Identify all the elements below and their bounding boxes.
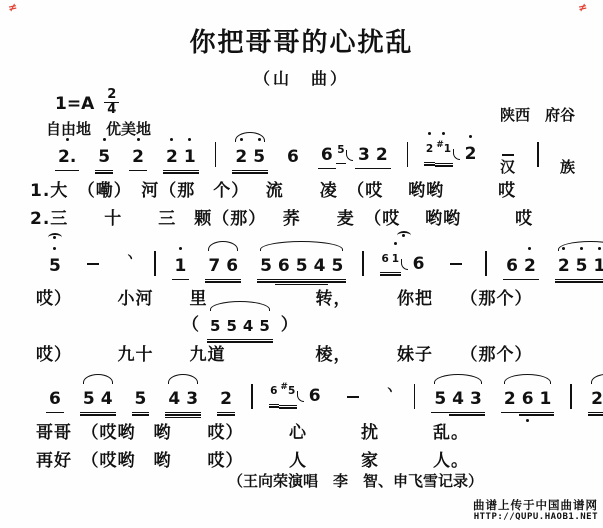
- dash-note: [87, 263, 99, 265]
- duration-underline: [390, 272, 400, 273]
- duration-underline: [390, 274, 400, 275]
- lyrics-line3-verse2: 再好 （哎哟 哟 哎） 人 家 人。: [36, 446, 469, 471]
- lyrics-line1-verse2: 2.三 十 三 颗（那） 荞 麦 （哎 哟哟 哎: [30, 204, 533, 229]
- key-signature: 1=A24: [55, 90, 119, 118]
- measure: 2566532: [222, 143, 400, 169]
- duration-underline: [435, 165, 453, 166]
- duration-underline: [98, 412, 116, 413]
- duration-underline: [183, 414, 201, 415]
- note-group: 2.: [55, 145, 79, 169]
- jianpu-note: 2: [588, 387, 603, 411]
- duration-underline: [373, 168, 391, 169]
- octave-dot-high: [240, 138, 243, 141]
- jianpu-note: 5: [223, 314, 239, 338]
- octave-dot-high: [258, 138, 261, 141]
- note-group: 5: [132, 387, 150, 411]
- music-line-3: 65454326#56ヽ543261242.: [36, 384, 603, 412]
- measure: 5ヽ: [36, 253, 148, 278]
- jianpu-note: 6: [519, 387, 537, 411]
- duration-underline: [217, 412, 235, 413]
- barline: [414, 384, 416, 409]
- measure: 17656545: [162, 254, 357, 278]
- octave-dot-high: [170, 138, 173, 141]
- duration-underline: [537, 412, 555, 413]
- duration-underline: [467, 412, 485, 413]
- duration-underline: [163, 170, 181, 171]
- breath-mark: ヽ: [384, 378, 396, 402]
- octave-dot-high: [428, 132, 431, 135]
- watermark-site-url: HTTP://QUPU.HAOB1.NET: [474, 512, 598, 522]
- jianpu-note: 5: [95, 145, 113, 169]
- measure: 2#12: [414, 142, 531, 169]
- jianpu-note: 4: [240, 314, 256, 338]
- duration-underline: [95, 170, 113, 171]
- grace-hook-icon: [346, 150, 353, 161]
- measure: 622516: [493, 254, 603, 278]
- duration-underline: [591, 279, 603, 280]
- duration-underline: [424, 162, 434, 163]
- octave-dot-high: [103, 138, 106, 141]
- fermata-icon: [48, 233, 62, 242]
- tempo-marking: 自由地 优美地: [46, 118, 151, 139]
- note-group: 62: [503, 254, 539, 278]
- duration-underline: [467, 414, 485, 415]
- duration-underline: [588, 414, 603, 415]
- duration-underline: [183, 412, 201, 413]
- octave-dot-high: [528, 247, 531, 250]
- jianpu-note: 5: [250, 145, 268, 169]
- jianpu-note: 1: [537, 387, 555, 411]
- note-group: 6: [284, 145, 302, 169]
- duration-underline: [449, 412, 467, 413]
- dash-note: [502, 154, 514, 156]
- grace-note: #5: [279, 379, 297, 404]
- duration-underline: [424, 164, 434, 165]
- barline: [362, 251, 364, 276]
- duration-underline: [503, 279, 521, 280]
- octave-dot-high: [469, 135, 472, 138]
- jianpu-note: 1: [172, 254, 190, 278]
- jianpu-note: 2: [129, 145, 147, 169]
- note-group: [340, 387, 366, 411]
- slur-group: 2516: [555, 254, 603, 278]
- jianpu-note: 6: [275, 254, 293, 278]
- watermark-site-name: 曲谱上传于中国曲谱网: [473, 497, 598, 513]
- jianpu-note: 1: [181, 145, 199, 169]
- duration-underline: [172, 279, 190, 280]
- jianpu-note: 6: [503, 254, 521, 278]
- barline: [485, 251, 487, 276]
- measure: 616: [370, 252, 479, 278]
- octave-dot-high: [598, 247, 601, 250]
- jianpu-note: 5: [293, 254, 311, 278]
- jianpu-note: 5: [80, 387, 98, 411]
- jianpu-note: 2: [555, 254, 573, 278]
- duration-underline: [232, 170, 250, 171]
- jianpu-note: 2: [163, 145, 181, 169]
- duration-underline: [132, 412, 150, 413]
- octave-dot-high: [188, 138, 191, 141]
- note-group: 2: [129, 145, 147, 169]
- duration-underline: [163, 172, 181, 173]
- music-insert-variant: （5545）: [182, 314, 298, 338]
- duration-underline: [217, 414, 235, 415]
- duration-underline: [328, 281, 346, 282]
- duration-underline: [519, 412, 537, 413]
- note-group: 6532: [318, 143, 391, 169]
- duration-underline: [573, 279, 591, 280]
- jianpu-note: 2: [217, 387, 235, 411]
- time-signature: 24: [104, 88, 119, 116]
- jianpu-note: 7: [205, 254, 223, 278]
- close-paren: ）: [281, 315, 298, 335]
- duration-underline: [269, 404, 279, 405]
- duration-underline: [293, 279, 311, 280]
- jianpu-note: 5: [573, 254, 591, 278]
- duration-underline: [555, 279, 573, 280]
- barline: [570, 384, 572, 409]
- slur-group: 543: [431, 387, 485, 411]
- barline: [407, 142, 409, 167]
- octave-dot-high: [53, 247, 56, 250]
- grace-note: 6: [380, 247, 390, 271]
- jianpu-note: 2: [373, 143, 391, 167]
- duration-underline: [275, 281, 293, 282]
- duration-underline: [250, 172, 268, 173]
- sharp-accidental: #: [436, 140, 444, 150]
- duration-underline: [311, 281, 329, 282]
- lyrics-line2-verse1: 哎） 小河 里 转， 你把 （那个）: [36, 284, 533, 309]
- duration-underline: [279, 407, 297, 408]
- jianpu-note: 4: [449, 387, 467, 411]
- jianpu-note: 6: [46, 387, 64, 411]
- duration-underline: [279, 405, 297, 406]
- sheet-music-page: ≠ ≠ 你把哥哥的心扰乱 （山 曲） 1=A24 陕西 府谷 汉 族 自由地 优…: [0, 0, 603, 528]
- jianpu-note: 2: [462, 142, 480, 166]
- duration-underline: [132, 414, 150, 415]
- duration-underline: [591, 281, 603, 282]
- jianpu-note: 4: [311, 254, 329, 278]
- barline: [154, 251, 156, 276]
- open-paren: （: [182, 315, 199, 335]
- lyrics-line1-verse1: 1.大 （嘞） 河（那 个） 流 凌 （哎 哟哟 哎: [30, 176, 516, 201]
- slur-group: 5545: [207, 314, 273, 338]
- slur-group: 24: [588, 387, 603, 411]
- dash-note: [347, 396, 359, 398]
- duration-underline: [555, 281, 573, 282]
- duration-underline: [380, 272, 390, 273]
- grace-hook-icon: [401, 259, 408, 270]
- jianpu-note: 6: [223, 254, 241, 278]
- measure: 6545432: [36, 387, 245, 411]
- octave-dot-high: [137, 138, 140, 141]
- note-group: [80, 254, 106, 278]
- fermata-icon: [397, 231, 411, 240]
- jianpu-note: 2: [232, 145, 250, 169]
- duration-underline: [355, 168, 373, 169]
- duration-underline: [311, 279, 329, 280]
- note-group: 5: [95, 145, 113, 169]
- duration-underline: [328, 279, 346, 280]
- slur-group: 54: [80, 387, 116, 411]
- note-group: 21: [163, 145, 199, 169]
- jianpu-note: 6: [410, 252, 428, 276]
- duration-underline: [588, 412, 603, 413]
- sharp-accidental: #: [280, 382, 288, 392]
- jianpu-note: 5: [256, 314, 272, 338]
- note-group: ヽ: [382, 386, 398, 411]
- octave-dot-high: [394, 242, 397, 245]
- jianpu-note: 1: [591, 254, 603, 278]
- slur-group: 43: [165, 387, 201, 411]
- jianpu-note: 4: [98, 387, 116, 411]
- note-group: ヽ: [122, 253, 138, 278]
- duration-underline: [519, 414, 537, 415]
- lyrics-line2-verse2: 哎） 九十 九道 棱， 妹子 （那个）: [36, 340, 533, 365]
- jianpu-note: 6: [318, 143, 336, 167]
- jianpu-note: 2: [521, 254, 539, 278]
- measure: 242.: [578, 387, 603, 411]
- duration-underline: [380, 274, 390, 275]
- duration-underline: [501, 412, 519, 413]
- octave-dot-high: [442, 132, 445, 135]
- grace-note: 5: [336, 138, 346, 162]
- duration-underline: [181, 172, 199, 173]
- barline: [215, 142, 217, 167]
- breath-mark: ヽ: [124, 245, 136, 269]
- slur-group: 25: [232, 145, 268, 169]
- duration-underline: [269, 406, 279, 407]
- music-line-1: 2.522125665322#12: [45, 142, 545, 170]
- jianpu-note: 5: [46, 254, 64, 278]
- jianpu-note: 2: [501, 387, 519, 411]
- origin-region: 陕西 府谷: [500, 106, 575, 124]
- duration-underline: [129, 170, 147, 171]
- duration-underline: [181, 170, 199, 171]
- song-title: 你把哥哥的心扰乱: [0, 22, 603, 59]
- octave-dot-high: [66, 138, 69, 141]
- duration-underline: [165, 414, 183, 415]
- measure: 543261: [421, 387, 564, 411]
- performer-credits: （王向荣演唱 李 智、申飞雪记录）: [228, 470, 483, 491]
- duration-underline: [537, 414, 555, 415]
- duration-underline: [431, 412, 449, 413]
- octave-dot-high: [580, 247, 583, 250]
- duration-underline: [98, 414, 116, 415]
- duration-underline: [55, 170, 79, 171]
- jianpu-note: 6: [306, 384, 324, 408]
- octave-dot-high: [562, 247, 565, 250]
- duration-underline: [318, 168, 336, 169]
- note-group: 2#12: [424, 142, 479, 169]
- jianpu-note: 5: [431, 387, 449, 411]
- music-line-2: 5ヽ17656545616622516: [36, 252, 603, 279]
- duration-underline: [80, 412, 98, 413]
- duration-underline: [250, 170, 268, 171]
- duration-underline: [449, 414, 467, 415]
- red-crop-mark-right: ≠: [577, 0, 589, 15]
- lyrics-line3-verse1: 哥哥 （哎哟 哟 哎） 心 扰 乱。: [36, 418, 469, 443]
- duration-underline: [521, 279, 539, 280]
- note-group: 1: [172, 254, 190, 278]
- note-group: 2: [217, 387, 235, 411]
- jianpu-note: 5: [257, 254, 275, 278]
- octave-dot-high: [179, 247, 182, 250]
- duration-underline: [336, 163, 346, 164]
- duration-underline: [293, 281, 311, 282]
- slur-group: 56545: [257, 254, 346, 278]
- jianpu-note: 2.: [55, 145, 79, 169]
- note-group: 616: [380, 252, 427, 278]
- meter-numerator: 2: [104, 88, 119, 103]
- duration-underline: [205, 279, 223, 280]
- grace-note: #1: [435, 137, 453, 162]
- duration-underline: [257, 281, 275, 282]
- duration-underline: [275, 279, 293, 280]
- meter-denominator: 4: [104, 103, 119, 117]
- jianpu-note: 5: [207, 314, 223, 338]
- note-group: 6: [46, 387, 64, 411]
- grace-hook-icon: [453, 149, 460, 160]
- barline: [251, 384, 253, 409]
- duration-underline: [46, 412, 64, 413]
- note-group: [443, 254, 469, 278]
- duration-underline: [257, 279, 275, 280]
- grace-note: 2: [424, 137, 434, 161]
- duration-underline: [205, 281, 223, 282]
- duration-underline: [223, 281, 241, 282]
- measure: 6#56ヽ: [259, 384, 408, 411]
- slur-group: 261: [501, 387, 555, 411]
- duration-underline: [435, 163, 453, 164]
- grace-hook-icon: [297, 391, 304, 402]
- dash-note: [450, 263, 462, 265]
- octave-dot-low: [526, 419, 529, 422]
- grace-note: 6: [269, 379, 279, 403]
- barline: [537, 142, 539, 167]
- note-group: [495, 145, 521, 169]
- jianpu-note: 5: [132, 387, 150, 411]
- jianpu-note: 3: [467, 387, 485, 411]
- duration-underline: [165, 412, 183, 413]
- note-group: 6#56: [269, 384, 324, 411]
- jianpu-note: 5: [328, 254, 346, 278]
- red-crop-mark-left: ≠: [7, 0, 19, 15]
- duration-underline: [573, 281, 591, 282]
- grace-note: 1: [390, 247, 400, 271]
- slur-group: 76: [205, 254, 241, 278]
- duration-underline: [223, 279, 241, 280]
- measure: 2.5221: [45, 145, 209, 169]
- duration-underline: [95, 172, 113, 173]
- jianpu-note: 6: [284, 145, 302, 169]
- key-label: 1=A: [55, 94, 94, 114]
- duration-underline: [232, 172, 250, 173]
- jianpu-note: 4: [165, 387, 183, 411]
- duration-underline: [80, 414, 98, 415]
- jianpu-note: 3: [183, 387, 201, 411]
- note-group: 5: [46, 254, 64, 278]
- jianpu-note: 3: [355, 143, 373, 167]
